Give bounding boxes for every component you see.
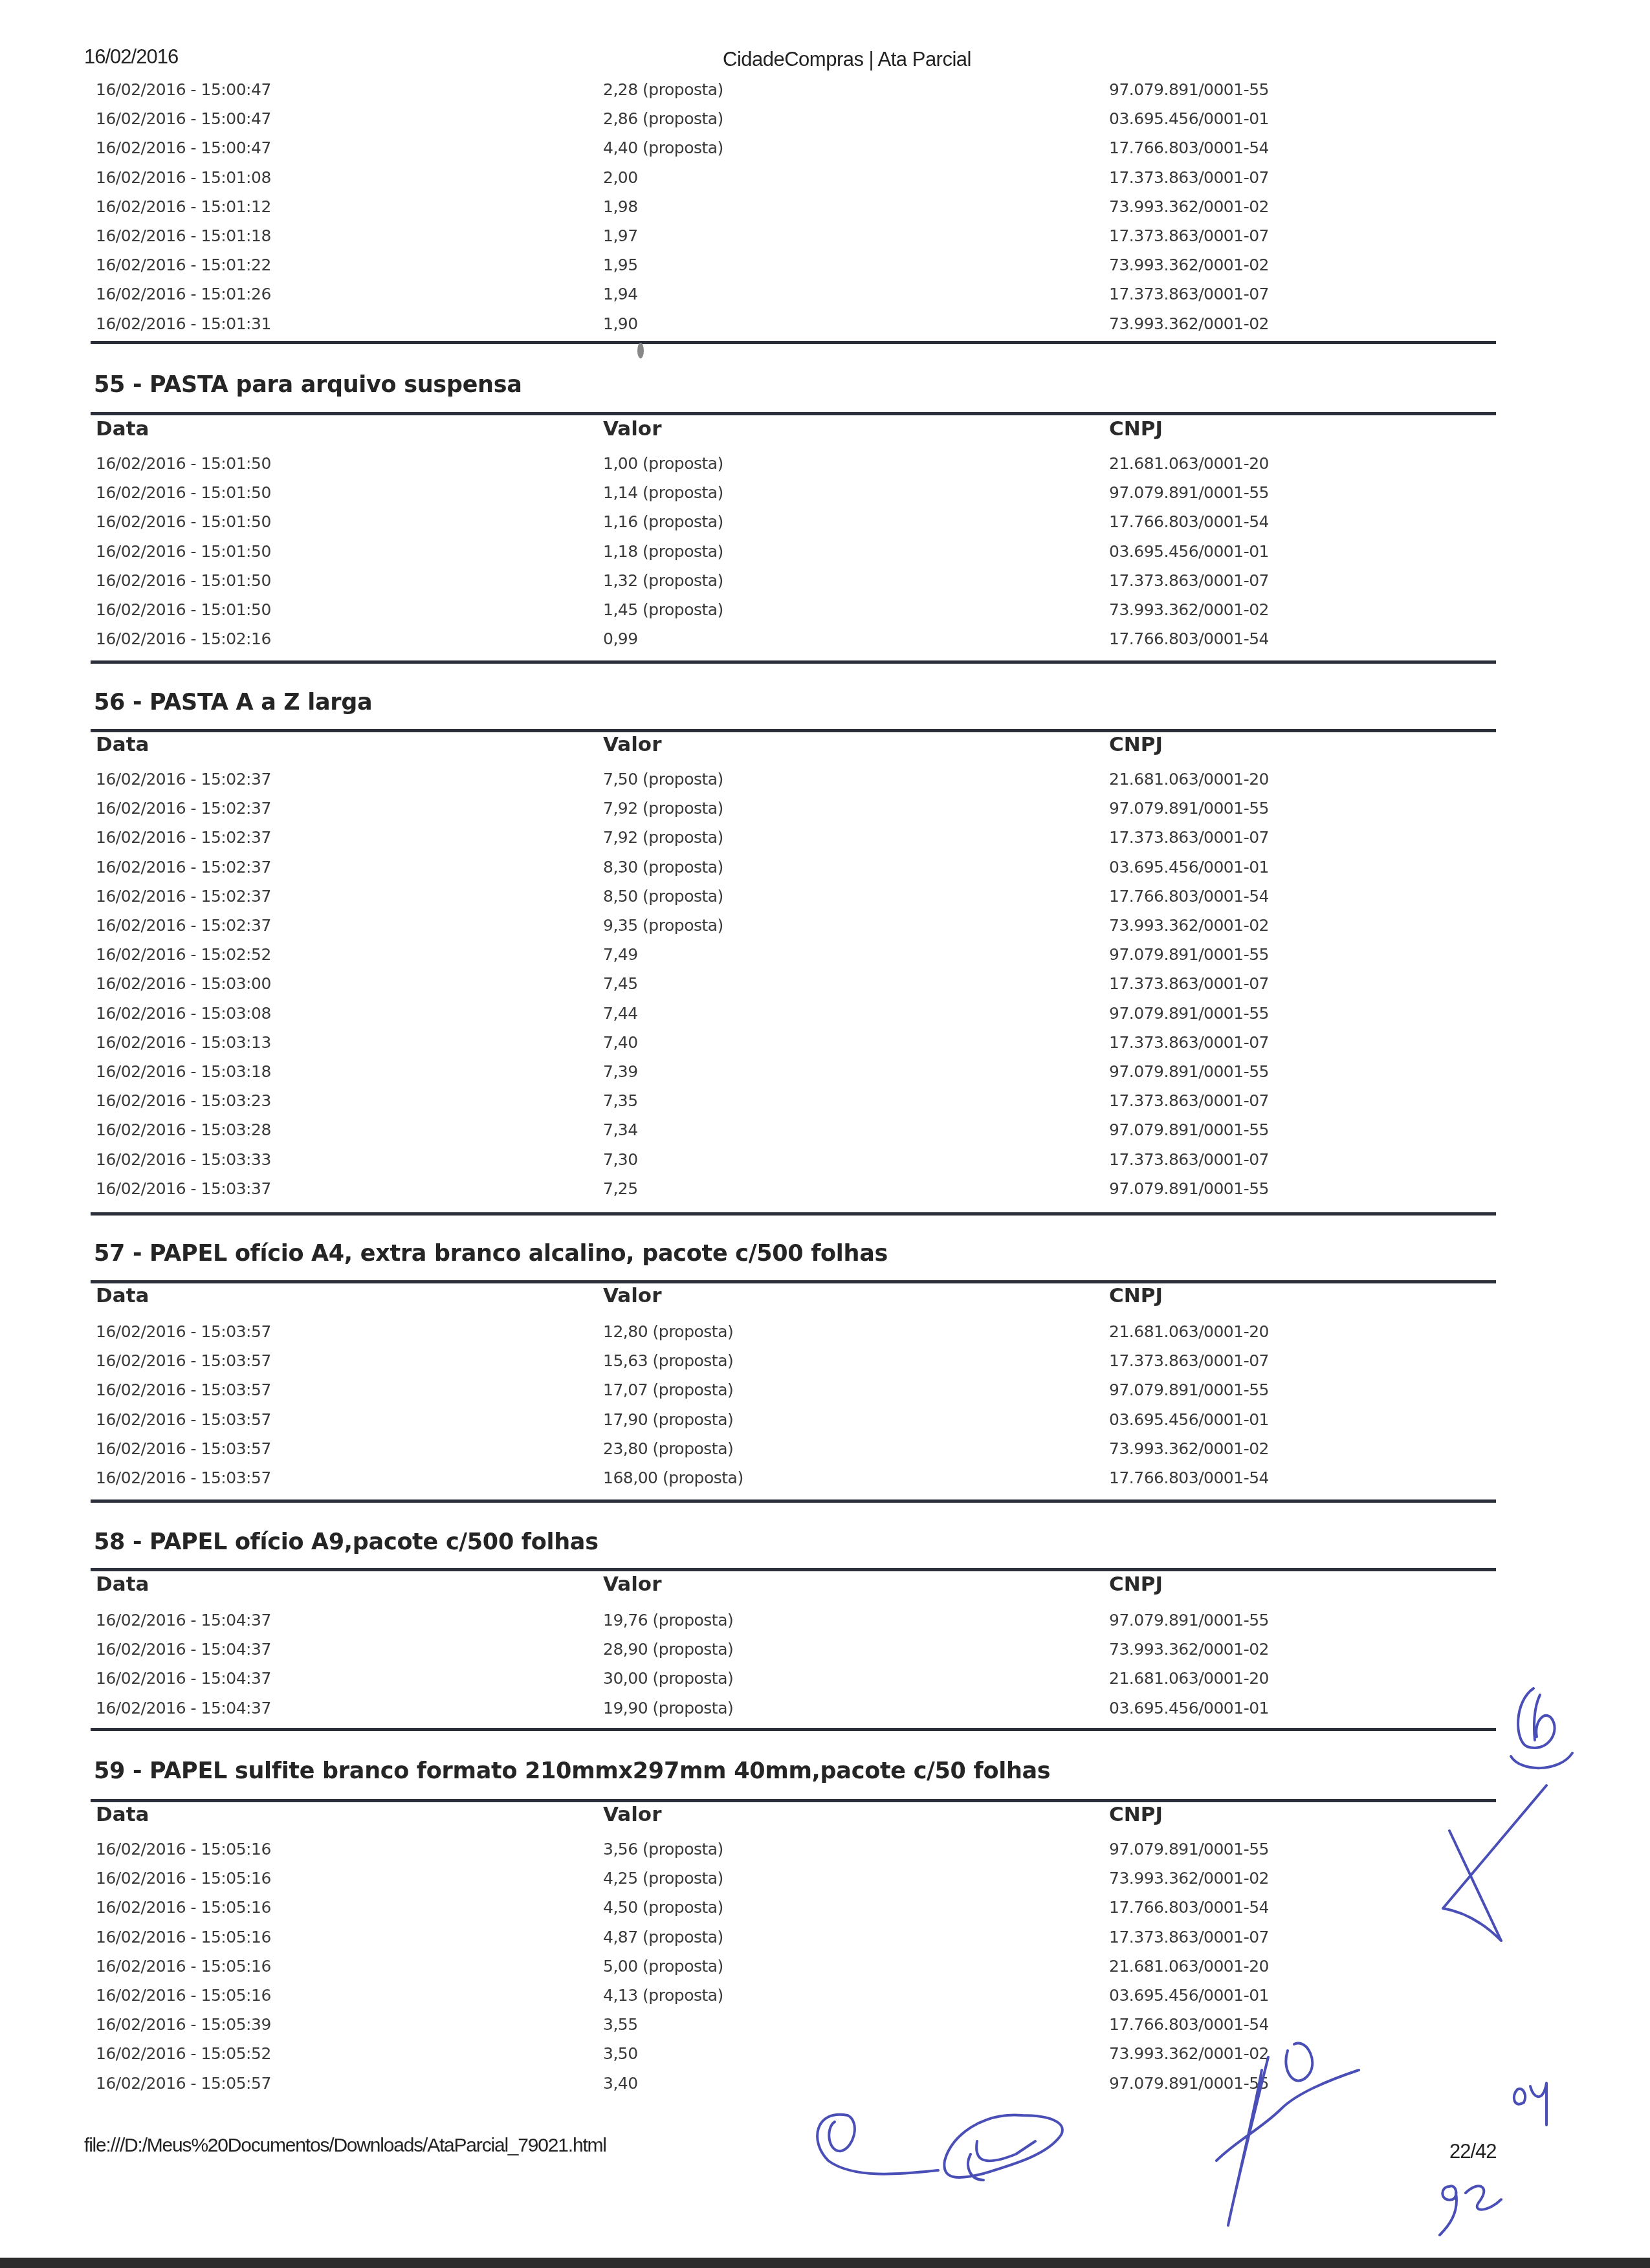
value-cell: 7,35	[603, 1091, 638, 1110]
table-row: 16/02/2016 - 15:02:377,92 (proposta)97.0…	[0, 799, 1650, 825]
cnpj-cell: 73.993.362/0001-02	[1109, 2044, 1269, 2063]
value-cell: 168,00 (proposta)	[603, 1468, 743, 1487]
column-header-valor: Valor	[603, 417, 661, 441]
date-cell: 16/02/2016 - 15:01:12	[96, 197, 271, 216]
section-divider	[91, 660, 1496, 664]
cnpj-cell: 17.373.863/0001-07	[1109, 1150, 1269, 1169]
cnpj-cell: 97.079.891/0001-55	[1109, 799, 1269, 818]
table-row: 16/02/2016 - 15:03:5717,90 (proposta)03.…	[0, 1410, 1650, 1436]
cnpj-cell: 97.079.891/0001-55	[1109, 1840, 1269, 1859]
value-cell: 19,90 (proposta)	[603, 1699, 733, 1717]
date-cell: 16/02/2016 - 15:05:57	[96, 2074, 271, 2093]
date-cell: 16/02/2016 - 15:03:08	[96, 1004, 271, 1023]
date-cell: 16/02/2016 - 15:03:57	[96, 1410, 271, 1429]
print-date: 16/02/2016	[84, 45, 178, 69]
cnpj-cell: 97.079.891/0001-55	[1109, 1611, 1269, 1630]
page-title: CidadeCompras | Ata Parcial	[723, 48, 971, 71]
cnpj-cell: 17.766.803/0001-54	[1109, 512, 1269, 531]
table-row: 16/02/2016 - 15:04:3719,90 (proposta)03.…	[0, 1699, 1650, 1725]
section-divider	[91, 1499, 1496, 1503]
date-cell: 16/02/2016 - 15:02:52	[96, 945, 271, 964]
signature-initial-icon	[1488, 1682, 1592, 1785]
column-header-valor: Valor	[603, 1803, 661, 1826]
date-cell: 16/02/2016 - 15:04:37	[96, 1640, 271, 1659]
table-row: 16/02/2016 - 15:01:501,18 (proposta)03.6…	[0, 542, 1650, 568]
date-cell: 16/02/2016 - 15:02:37	[96, 858, 271, 877]
date-cell: 16/02/2016 - 15:02:37	[96, 916, 271, 935]
section-divider	[91, 341, 1496, 344]
table-row: 16/02/2016 - 15:02:527,4997.079.891/0001…	[0, 945, 1650, 971]
signature-icon	[802, 2102, 1191, 2206]
table-row: 16/02/2016 - 15:01:501,16 (proposta)17.7…	[0, 512, 1650, 538]
date-cell: 16/02/2016 - 15:00:47	[96, 80, 271, 99]
value-cell: 7,49	[603, 945, 638, 964]
column-header-data: Data	[96, 1284, 149, 1307]
value-cell: 1,97	[603, 226, 638, 245]
cnpj-cell: 73.993.362/0001-02	[1109, 314, 1269, 333]
table-row: 16/02/2016 - 15:02:160,9917.766.803/0001…	[0, 629, 1650, 655]
table-row: 16/02/2016 - 15:04:3719,76 (proposta)97.…	[0, 1611, 1650, 1637]
value-cell: 1,16 (proposta)	[603, 512, 723, 531]
cnpj-cell: 73.993.362/0001-02	[1109, 1439, 1269, 1458]
table-row: 16/02/2016 - 15:01:311,9073.993.362/0001…	[0, 314, 1650, 340]
value-cell: 1,14 (proposta)	[603, 483, 723, 502]
title-underline	[91, 1280, 1496, 1283]
date-cell: 16/02/2016 - 15:03:57	[96, 1439, 271, 1458]
table-row: 16/02/2016 - 15:02:377,92 (proposta)17.3…	[0, 828, 1650, 854]
column-header-cnpj: CNPJ	[1109, 1573, 1163, 1596]
value-cell: 30,00 (proposta)	[603, 1669, 733, 1688]
column-header-data: Data	[96, 733, 149, 756]
value-cell: 9,35 (proposta)	[603, 916, 723, 935]
table-row: 16/02/2016 - 15:03:5723,80 (proposta)73.…	[0, 1439, 1650, 1465]
cnpj-cell: 17.373.863/0001-07	[1109, 1928, 1269, 1946]
cnpj-cell: 73.993.362/0001-02	[1109, 1869, 1269, 1888]
value-cell: 1,90	[603, 314, 638, 333]
date-cell: 16/02/2016 - 15:04:37	[96, 1669, 271, 1688]
footer-url: file:///D:/Meus%20Documentos/Downloads/A…	[84, 2135, 606, 2157]
value-cell: 4,40 (proposta)	[603, 138, 723, 157]
value-cell: 1,95	[603, 256, 638, 274]
section-divider	[91, 1728, 1496, 1731]
table-row: 16/02/2016 - 15:01:121,9873.993.362/0001…	[0, 197, 1650, 223]
table-row: 16/02/2016 - 15:01:221,9573.993.362/0001…	[0, 256, 1650, 281]
cnpj-cell: 03.695.456/0001-01	[1109, 109, 1269, 128]
value-cell: 7,25	[603, 1179, 638, 1198]
value-cell: 4,87 (proposta)	[603, 1928, 723, 1946]
date-cell: 16/02/2016 - 15:03:18	[96, 1062, 271, 1081]
date-cell: 16/02/2016 - 15:02:37	[96, 770, 271, 789]
section-title: 56 - PASTA A a Z larga	[94, 690, 372, 715]
cnpj-cell: 17.373.863/0001-07	[1109, 828, 1269, 847]
title-underline	[91, 729, 1496, 732]
cnpj-cell: 17.373.863/0001-07	[1109, 226, 1269, 245]
date-cell: 16/02/2016 - 15:05:39	[96, 2015, 271, 2034]
table-row: 16/02/2016 - 15:01:501,32 (proposta)17.3…	[0, 571, 1650, 597]
title-underline	[91, 1568, 1496, 1571]
table-row: 16/02/2016 - 15:03:337,3017.373.863/0001…	[0, 1150, 1650, 1176]
date-cell: 16/02/2016 - 15:05:16	[96, 1928, 271, 1946]
value-cell: 7,40	[603, 1033, 638, 1052]
title-underline	[91, 1799, 1496, 1802]
table-header-row: DataValorCNPJ	[0, 1573, 1650, 1598]
cnpj-cell: 21.681.063/0001-20	[1109, 1322, 1269, 1341]
value-cell: 4,25 (proposta)	[603, 1869, 723, 1888]
value-cell: 23,80 (proposta)	[603, 1439, 733, 1458]
cnpj-cell: 17.766.803/0001-54	[1109, 1468, 1269, 1487]
table-row: 16/02/2016 - 15:03:187,3997.079.891/0001…	[0, 1062, 1650, 1088]
date-cell: 16/02/2016 - 15:03:57	[96, 1322, 271, 1341]
column-header-cnpj: CNPJ	[1109, 733, 1163, 756]
cnpj-cell: 97.079.891/0001-55	[1109, 1004, 1269, 1023]
cnpj-cell: 21.681.063/0001-20	[1109, 1957, 1269, 1976]
table-row: 16/02/2016 - 15:00:474,40 (proposta)17.7…	[0, 138, 1650, 164]
column-header-valor: Valor	[603, 733, 661, 756]
cnpj-cell: 17.373.863/0001-07	[1109, 974, 1269, 993]
value-cell: 7,30	[603, 1150, 638, 1169]
column-header-cnpj: CNPJ	[1109, 1284, 1163, 1307]
date-cell: 16/02/2016 - 15:05:16	[96, 1957, 271, 1976]
date-cell: 16/02/2016 - 15:01:08	[96, 168, 271, 187]
table-row: 16/02/2016 - 15:05:523,5073.993.362/0001…	[0, 2044, 1650, 2070]
value-cell: 7,50 (proposta)	[603, 770, 723, 789]
table-row: 16/02/2016 - 15:04:3730,00 (proposta)21.…	[0, 1669, 1650, 1695]
value-cell: 12,80 (proposta)	[603, 1322, 733, 1341]
table-row: 16/02/2016 - 15:01:181,9717.373.863/0001…	[0, 226, 1650, 252]
page-number: 22/42	[1449, 2140, 1497, 2163]
cnpj-cell: 73.993.362/0001-02	[1109, 197, 1269, 216]
value-cell: 4,50 (proposta)	[603, 1898, 723, 1917]
date-cell: 16/02/2016 - 15:05:16	[96, 1986, 271, 2005]
value-cell: 5,00 (proposta)	[603, 1957, 723, 1976]
value-cell: 17,07 (proposta)	[603, 1380, 733, 1399]
date-cell: 16/02/2016 - 15:05:52	[96, 2044, 271, 2063]
value-cell: 3,40	[603, 2074, 638, 2093]
column-header-data: Data	[96, 1803, 149, 1826]
cnpj-cell: 17.766.803/0001-54	[1109, 138, 1269, 157]
date-cell: 16/02/2016 - 15:03:57	[96, 1351, 271, 1370]
value-cell: 17,90 (proposta)	[603, 1410, 733, 1429]
value-cell: 8,30 (proposta)	[603, 858, 723, 877]
table-row: 16/02/2016 - 15:01:501,45 (proposta)73.9…	[0, 600, 1650, 626]
date-cell: 16/02/2016 - 15:04:37	[96, 1611, 271, 1630]
value-cell: 2,86 (proposta)	[603, 109, 723, 128]
value-cell: 0,99	[603, 629, 638, 648]
table-row: 16/02/2016 - 15:02:378,30 (proposta)03.6…	[0, 858, 1650, 884]
cnpj-cell: 97.079.891/0001-55	[1109, 1380, 1269, 1399]
table-row: 16/02/2016 - 15:03:087,4497.079.891/0001…	[0, 1004, 1650, 1030]
value-cell: 3,56 (proposta)	[603, 1840, 723, 1859]
cnpj-cell: 17.373.863/0001-07	[1109, 1351, 1269, 1370]
table-row: 16/02/2016 - 15:03:237,3517.373.863/0001…	[0, 1091, 1650, 1117]
table-row: 16/02/2016 - 15:05:164,25 (proposta)73.9…	[0, 1869, 1650, 1895]
table-row: 16/02/2016 - 15:00:472,28 (proposta)97.0…	[0, 80, 1650, 106]
cnpj-cell: 73.993.362/0001-02	[1109, 256, 1269, 274]
value-cell: 4,13 (proposta)	[603, 1986, 723, 2005]
date-cell: 16/02/2016 - 15:01:50	[96, 454, 271, 473]
value-cell: 1,98	[603, 197, 638, 216]
date-cell: 16/02/2016 - 15:02:37	[96, 828, 271, 847]
date-cell: 16/02/2016 - 15:03:57	[96, 1380, 271, 1399]
date-cell: 16/02/2016 - 15:03:00	[96, 974, 271, 993]
value-cell: 15,63 (proposta)	[603, 1351, 733, 1370]
cnpj-cell: 97.079.891/0001-55	[1109, 80, 1269, 99]
cnpj-cell: 97.079.891/0001-55	[1109, 1062, 1269, 1081]
table-row: 16/02/2016 - 15:02:378,50 (proposta)17.7…	[0, 887, 1650, 913]
table-row: 16/02/2016 - 15:05:165,00 (proposta)21.6…	[0, 1957, 1650, 1983]
date-cell: 16/02/2016 - 15:01:50	[96, 483, 271, 502]
date-cell: 16/02/2016 - 15:03:57	[96, 1468, 271, 1487]
cnpj-cell: 17.766.803/0001-54	[1109, 887, 1269, 906]
value-cell: 7,92 (proposta)	[603, 828, 723, 847]
date-cell: 16/02/2016 - 15:05:16	[96, 1840, 271, 1859]
table-row: 16/02/2016 - 15:01:501,00 (proposta)21.6…	[0, 454, 1650, 480]
table-row: 16/02/2016 - 15:05:164,13 (proposta)03.6…	[0, 1986, 1650, 2012]
date-cell: 16/02/2016 - 15:03:28	[96, 1120, 271, 1139]
cnpj-cell: 97.079.891/0001-55	[1109, 1179, 1269, 1198]
table-row: 16/02/2016 - 15:03:287,3497.079.891/0001…	[0, 1120, 1650, 1146]
date-cell: 16/02/2016 - 15:05:16	[96, 1898, 271, 1917]
section-title: 55 - PASTA para arquivo suspensa	[94, 372, 522, 398]
column-header-valor: Valor	[603, 1284, 661, 1307]
value-cell: 7,45	[603, 974, 638, 993]
cnpj-cell: 17.373.863/0001-07	[1109, 1033, 1269, 1052]
cnpj-cell: 03.695.456/0001-01	[1109, 1699, 1269, 1717]
date-cell: 16/02/2016 - 15:02:37	[96, 799, 271, 818]
date-cell: 16/02/2016 - 15:01:50	[96, 600, 271, 619]
value-cell: 8,50 (proposta)	[603, 887, 723, 906]
table-row: 16/02/2016 - 15:05:573,4097.079.891/0001…	[0, 2074, 1650, 2100]
date-cell: 16/02/2016 - 15:01:50	[96, 512, 271, 531]
column-header-cnpj: CNPJ	[1109, 417, 1163, 441]
table-row: 16/02/2016 - 15:01:082,0017.373.863/0001…	[0, 168, 1650, 194]
table-row: 16/02/2016 - 15:01:261,9417.373.863/0001…	[0, 285, 1650, 311]
table-row: 16/02/2016 - 15:03:137,4017.373.863/0001…	[0, 1033, 1650, 1059]
scan-edge	[0, 2258, 1650, 2268]
value-cell: 3,50	[603, 2044, 638, 2063]
date-cell: 16/02/2016 - 15:01:31	[96, 314, 271, 333]
value-cell: 7,34	[603, 1120, 638, 1139]
table-header-row: DataValorCNPJ	[0, 417, 1650, 443]
cnpj-cell: 73.993.362/0001-02	[1109, 1640, 1269, 1659]
column-header-valor: Valor	[603, 1573, 661, 1596]
date-cell: 16/02/2016 - 15:02:37	[96, 887, 271, 906]
date-cell: 16/02/2016 - 15:01:50	[96, 542, 271, 561]
table-row: 16/02/2016 - 15:03:007,4517.373.863/0001…	[0, 974, 1650, 1000]
cnpj-cell: 17.373.863/0001-07	[1109, 168, 1269, 187]
value-cell: 1,94	[603, 285, 638, 303]
date-cell: 16/02/2016 - 15:05:16	[96, 1869, 271, 1888]
cnpj-cell: 73.993.362/0001-02	[1109, 916, 1269, 935]
title-underline	[91, 412, 1496, 415]
cnpj-cell: 21.681.063/0001-20	[1109, 770, 1269, 789]
table-row: 16/02/2016 - 15:05:164,50 (proposta)17.7…	[0, 1898, 1650, 1924]
table-row: 16/02/2016 - 15:00:472,86 (proposta)03.6…	[0, 109, 1650, 135]
section-title: 57 - PAPEL ofício A4, extra branco alcal…	[94, 1241, 888, 1267]
table-row: 16/02/2016 - 15:03:5712,80 (proposta)21.…	[0, 1322, 1650, 1348]
column-header-data: Data	[96, 1573, 149, 1596]
cnpj-cell: 03.695.456/0001-01	[1109, 1410, 1269, 1429]
table-row: 16/02/2016 - 15:03:57168,00 (proposta)17…	[0, 1468, 1650, 1494]
table-row: 16/02/2016 - 15:02:379,35 (proposta)73.9…	[0, 916, 1650, 942]
cnpj-cell: 03.695.456/0001-01	[1109, 858, 1269, 877]
value-cell: 2,28 (proposta)	[603, 80, 723, 99]
date-cell: 16/02/2016 - 15:00:47	[96, 138, 271, 157]
table-row: 16/02/2016 - 15:03:5717,07 (proposta)97.…	[0, 1380, 1650, 1406]
date-cell: 16/02/2016 - 15:01:50	[96, 571, 271, 590]
value-cell: 1,00 (proposta)	[603, 454, 723, 473]
scan-artifact	[637, 343, 644, 358]
cnpj-cell: 17.766.803/0001-54	[1109, 2015, 1269, 2034]
cnpj-cell: 17.373.863/0001-07	[1109, 1091, 1269, 1110]
date-cell: 16/02/2016 - 15:03:33	[96, 1150, 271, 1169]
date-cell: 16/02/2016 - 15:04:37	[96, 1699, 271, 1717]
value-cell: 1,45 (proposta)	[603, 600, 723, 619]
table-row: 16/02/2016 - 15:02:377,50 (proposta)21.6…	[0, 770, 1650, 796]
value-cell: 7,44	[603, 1004, 638, 1023]
table-row: 16/02/2016 - 15:01:501,14 (proposta)97.0…	[0, 483, 1650, 509]
table-header-row: DataValorCNPJ	[0, 733, 1650, 759]
date-cell: 16/02/2016 - 15:01:22	[96, 256, 271, 274]
cnpj-cell: 97.079.891/0001-55	[1109, 2074, 1269, 2093]
date-cell: 16/02/2016 - 15:03:37	[96, 1179, 271, 1198]
table-row: 16/02/2016 - 15:03:377,2597.079.891/0001…	[0, 1179, 1650, 1205]
section-title: 58 - PAPEL ofício A9,pacote c/500 folhas	[94, 1529, 599, 1555]
cnpj-cell: 97.079.891/0001-55	[1109, 1120, 1269, 1139]
value-cell: 7,92 (proposta)	[603, 799, 723, 818]
cnpj-cell: 17.373.863/0001-07	[1109, 571, 1269, 590]
table-row: 16/02/2016 - 15:04:3728,90 (proposta)73.…	[0, 1640, 1650, 1666]
table-row: 16/02/2016 - 15:05:164,87 (proposta)17.3…	[0, 1928, 1650, 1954]
table-row: 16/02/2016 - 15:05:393,5517.766.803/0001…	[0, 2015, 1650, 2041]
value-cell: 1,32 (proposta)	[603, 571, 723, 590]
cnpj-cell: 03.695.456/0001-01	[1109, 1986, 1269, 2005]
cnpj-cell: 03.695.456/0001-01	[1109, 542, 1269, 561]
value-cell: 2,00	[603, 168, 638, 187]
value-cell: 1,18 (proposta)	[603, 542, 723, 561]
value-cell: 28,90 (proposta)	[603, 1640, 733, 1659]
date-cell: 16/02/2016 - 15:02:16	[96, 629, 271, 648]
column-header-data: Data	[96, 417, 149, 441]
value-cell: 3,55	[603, 2015, 638, 2034]
cnpj-cell: 97.079.891/0001-55	[1109, 945, 1269, 964]
date-cell: 16/02/2016 - 15:00:47	[96, 109, 271, 128]
section-title: 59 - PAPEL sulfite branco formato 210mmx…	[94, 1758, 1050, 1784]
section-divider	[91, 1212, 1496, 1216]
table-header-row: DataValorCNPJ	[0, 1803, 1650, 1829]
date-cell: 16/02/2016 - 15:03:13	[96, 1033, 271, 1052]
cnpj-cell: 97.079.891/0001-55	[1109, 483, 1269, 502]
table-row: 16/02/2016 - 15:03:5715,63 (proposta)17.…	[0, 1351, 1650, 1377]
cnpj-cell: 73.993.362/0001-02	[1109, 600, 1269, 619]
table-header-row: DataValorCNPJ	[0, 1284, 1650, 1310]
cnpj-cell: 17.766.803/0001-54	[1109, 1898, 1269, 1917]
value-cell: 7,39	[603, 1062, 638, 1081]
table-row: 16/02/2016 - 15:05:163,56 (proposta)97.0…	[0, 1840, 1650, 1866]
date-cell: 16/02/2016 - 15:03:23	[96, 1091, 271, 1110]
date-cell: 16/02/2016 - 15:01:26	[96, 285, 271, 303]
initials-gc-icon	[1430, 2167, 1508, 2238]
cnpj-cell: 21.681.063/0001-20	[1109, 1669, 1269, 1688]
cnpj-cell: 17.373.863/0001-07	[1109, 285, 1269, 303]
date-cell: 16/02/2016 - 15:01:18	[96, 226, 271, 245]
cnpj-cell: 17.766.803/0001-54	[1109, 629, 1269, 648]
value-cell: 19,76 (proposta)	[603, 1611, 733, 1630]
column-header-cnpj: CNPJ	[1109, 1803, 1163, 1826]
cnpj-cell: 21.681.063/0001-20	[1109, 454, 1269, 473]
